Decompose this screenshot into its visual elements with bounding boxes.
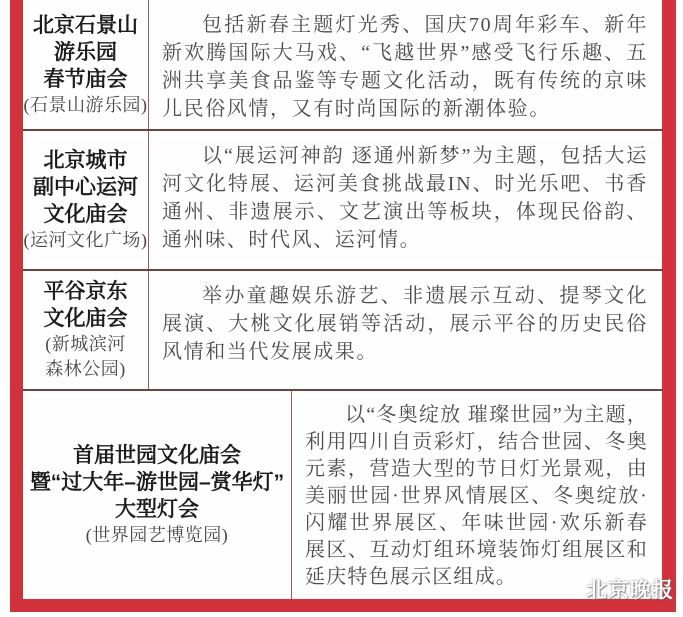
fair-name: 首届世园文化庙会 暨“过大年–游世园–赏华灯” 大型灯会: [30, 442, 284, 523]
fair-name: 平谷京东 文化庙会: [44, 278, 128, 332]
fair-description-cell: 以“冬奥绽放 璀璨世园”为主题，利用四川自贡彩灯，结合世园、冬奥元素，营造大型的…: [292, 391, 662, 599]
fair-name: 北京石景山 游乐园 春节庙会: [33, 12, 138, 93]
fair-description: 以“展运河神韵 逐通州新梦”为主题，包括大运河文化特展、运河美食挑战最IN、时光…: [162, 142, 648, 254]
fair-description: 包括新春主题灯光秀、国庆70周年彩车、新年新欢腾国际大马戏、“飞越世界”感受飞行…: [162, 11, 648, 123]
fair-description: 以“冬奥绽放 璀璨世园”为主题，利用四川自贡彩灯，结合世园、冬奥元素，营造大型的…: [305, 402, 648, 591]
fair-name-line: 文化庙会: [33, 201, 138, 228]
fair-name-cell: 平谷京东 文化庙会 (新城滨河 森林公园): [23, 271, 149, 389]
table-row: 平谷京东 文化庙会 (新城滨河 森林公园) 举办童趣娱乐游艺、非遗展示互动、提琴…: [23, 269, 662, 389]
fair-name: 北京城市 副中心运河 文化庙会: [33, 147, 138, 228]
fair-description: 举办童趣娱乐游艺、非遗展示互动、提琴文化展演、大桃文化展销等活动，展示平谷的历史…: [162, 282, 648, 366]
fair-venue: (新城滨河 森林公园): [45, 332, 126, 382]
fair-description-cell: 以“展运河神韵 逐通州新梦”为主题，包括大运河文化特展、运河美食挑战最IN、时光…: [149, 131, 662, 269]
fair-venue: (运河文化广场): [24, 228, 148, 253]
fair-name-line: 文化庙会: [44, 305, 128, 332]
table-row: 北京城市 副中心运河 文化庙会 (运河文化广场) 以“展运河神韵 逐通州新梦”为…: [23, 129, 662, 269]
fair-venue-line: (运河文化广场): [24, 228, 148, 253]
fair-name-line: 暨“过大年–游世园–赏华灯”: [30, 469, 284, 496]
fair-name-line: 副中心运河: [33, 174, 138, 201]
fair-venue-line: 森林公园): [45, 357, 126, 382]
table-row: 首届世园文化庙会 暨“过大年–游世园–赏华灯” 大型灯会 (世界园艺博览园) 以…: [23, 389, 662, 599]
watermark-label: 北京晚报: [586, 574, 674, 604]
watermark: 北京晚报: [553, 573, 674, 604]
mascot-face-icon: [553, 573, 581, 604]
fair-name-line: 游乐园: [33, 39, 138, 66]
table-frame-left: [10, 0, 23, 612]
fair-venue-line: (世界园艺博览园): [86, 523, 229, 548]
fair-name-line: 春节庙会: [33, 66, 138, 93]
fair-name-line: 北京城市: [33, 147, 138, 174]
screenshot-root: 北京石景山 游乐园 春节庙会 (石景山游乐园) 包括新春主题灯光秀、国庆70周年…: [0, 0, 683, 617]
fair-name-line: 北京石景山: [33, 12, 138, 39]
fair-description-cell: 举办童趣娱乐游艺、非遗展示互动、提琴文化展演、大桃文化展销等活动，展示平谷的历史…: [149, 271, 662, 389]
fair-venue: (世界园艺博览园): [86, 523, 229, 548]
table-row: 北京石景山 游乐园 春节庙会 (石景山游乐园) 包括新春主题灯光秀、国庆70周年…: [23, 0, 662, 129]
temple-fair-table: 北京石景山 游乐园 春节庙会 (石景山游乐园) 包括新春主题灯光秀、国庆70周年…: [23, 0, 662, 599]
fair-name-cell: 北京城市 副中心运河 文化庙会 (运河文化广场): [23, 131, 149, 269]
fair-name-line: 大型灯会: [30, 496, 284, 523]
fair-name-cell: 首届世园文化庙会 暨“过大年–游世园–赏华灯” 大型灯会 (世界园艺博览园): [23, 391, 292, 599]
fair-name-line: 首届世园文化庙会: [30, 442, 284, 469]
fair-venue: (石景山游乐园): [24, 93, 148, 118]
fair-name-line: 平谷京东: [44, 278, 128, 305]
fair-venue-line: (新城滨河: [45, 332, 126, 357]
fair-description-cell: 包括新春主题灯光秀、国庆70周年彩车、新年新欢腾国际大马戏、“飞越世界”感受飞行…: [149, 0, 662, 129]
fair-name-cell: 北京石景山 游乐园 春节庙会 (石景山游乐园): [23, 0, 149, 129]
fair-venue-line: (石景山游乐园): [24, 93, 148, 118]
table-frame-right: [662, 0, 676, 612]
